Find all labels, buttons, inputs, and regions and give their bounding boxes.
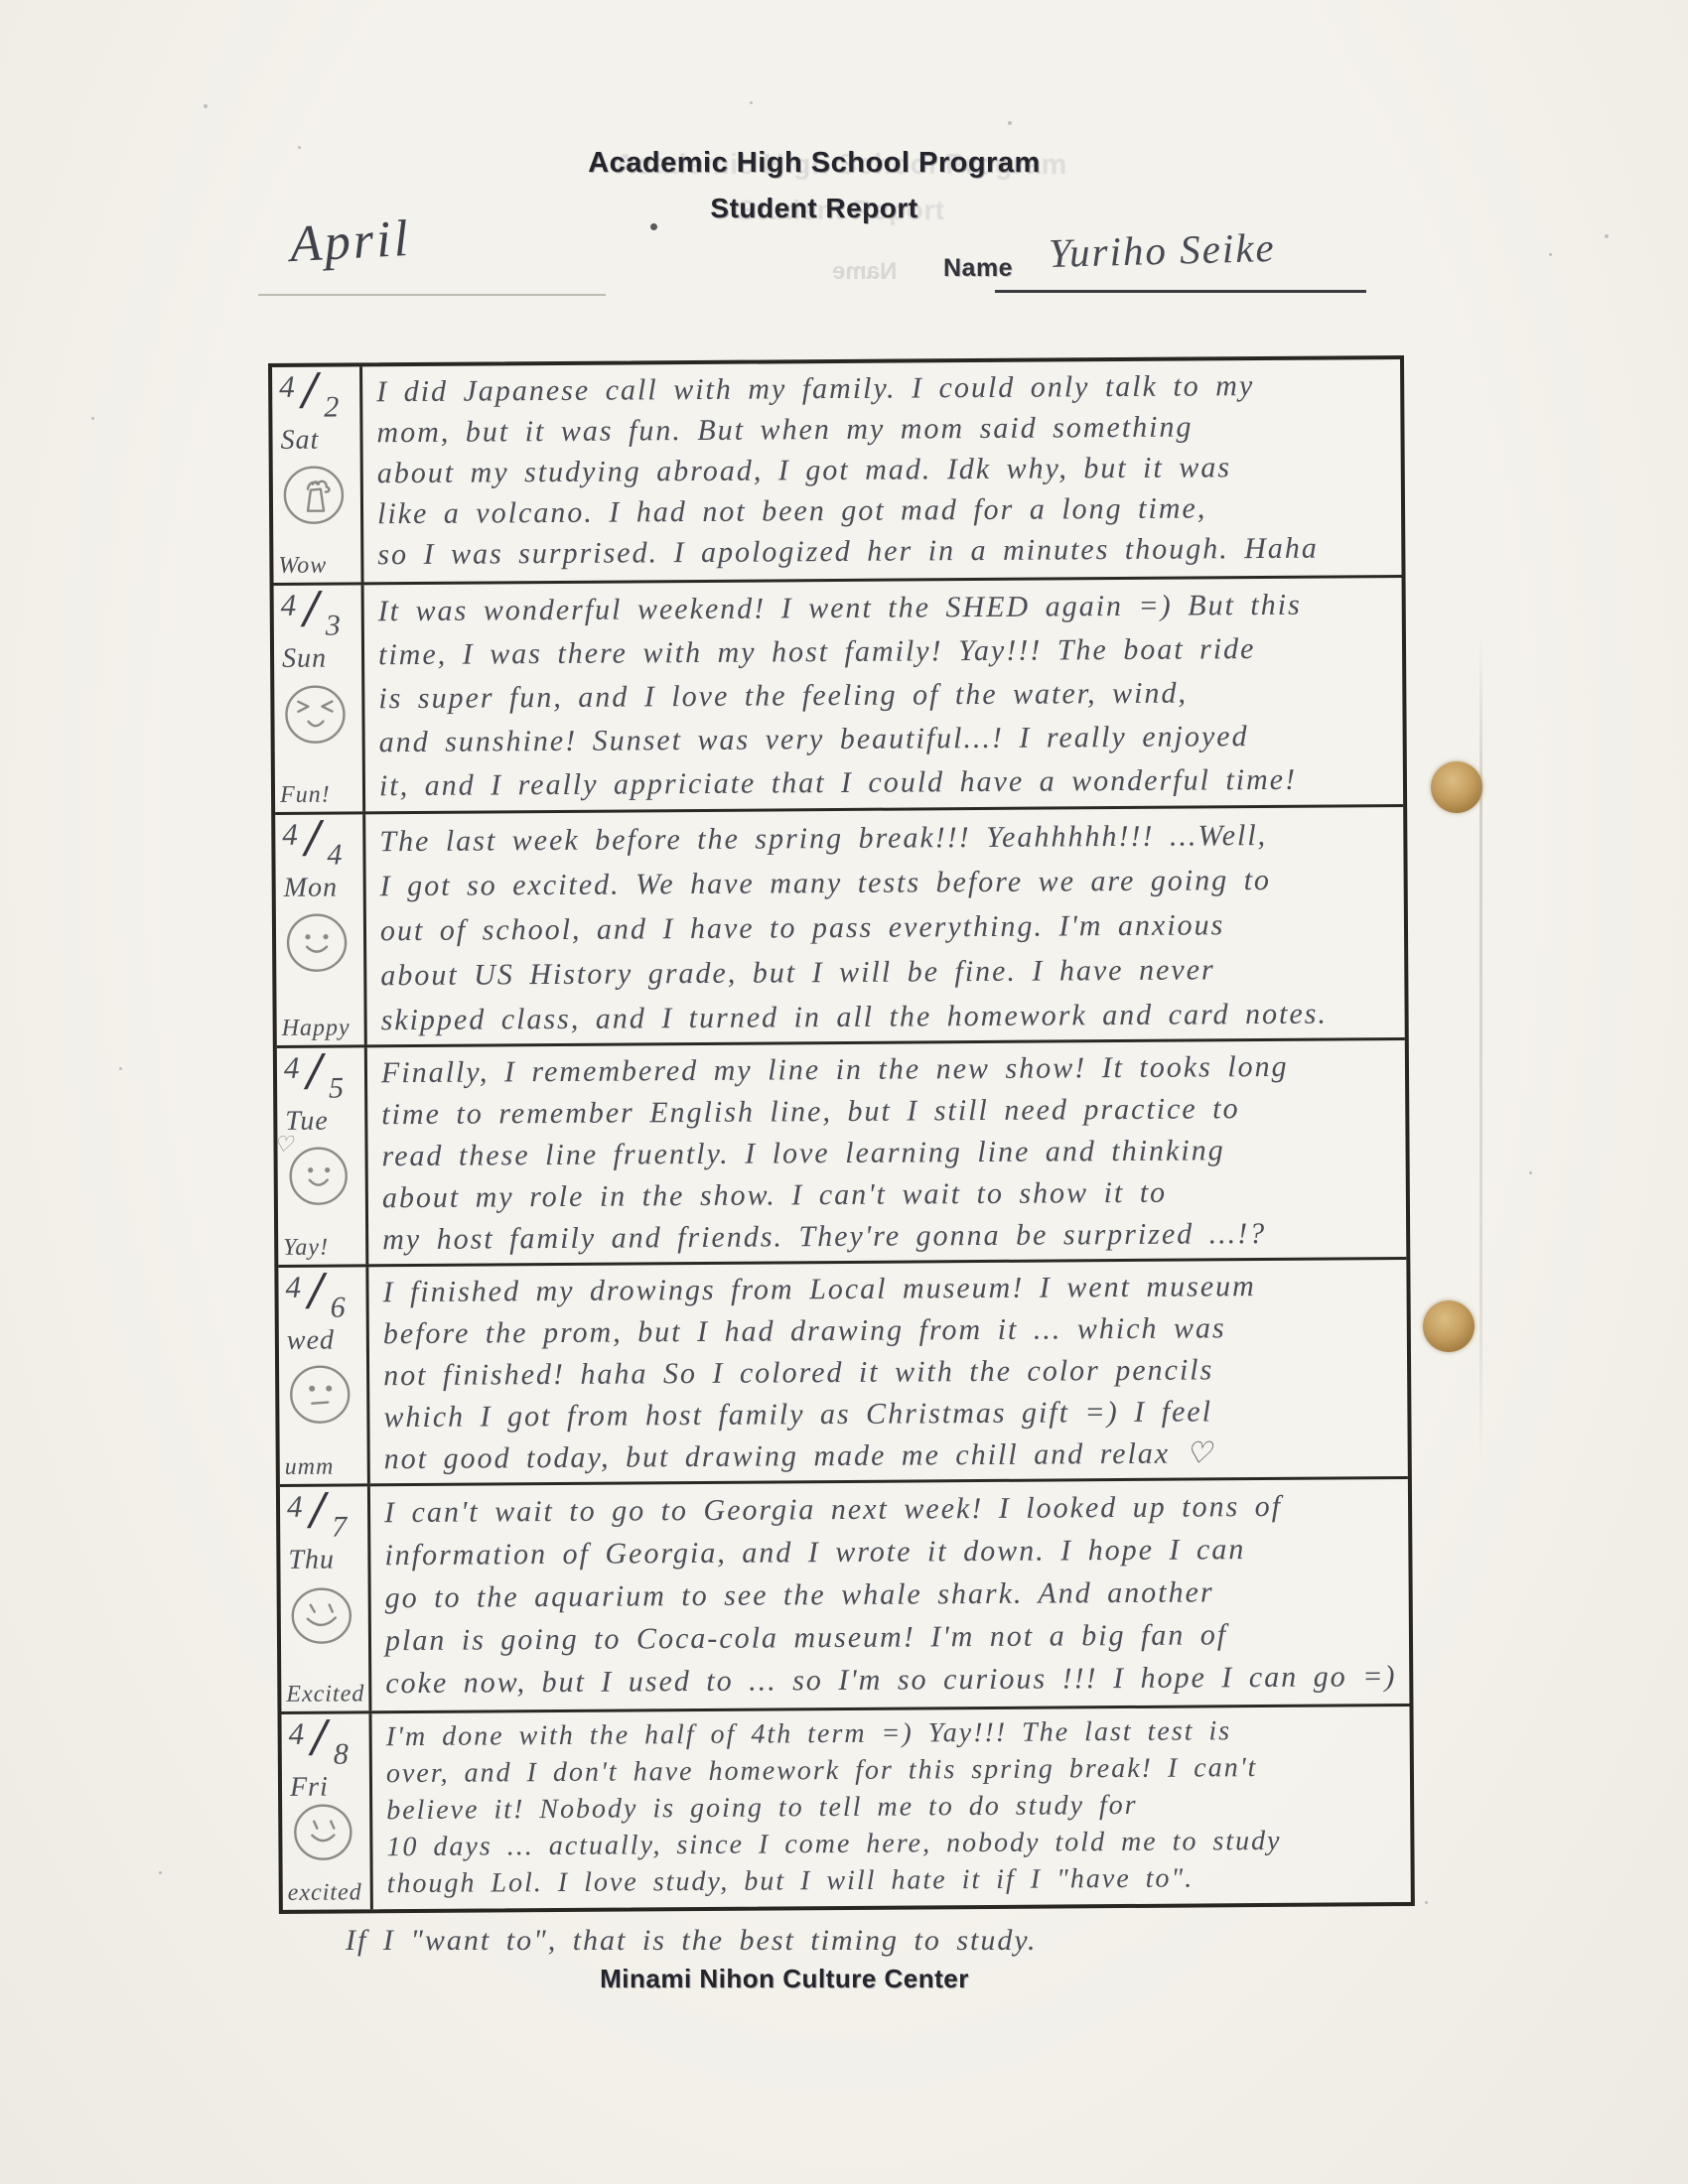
mood-label: Excited bbox=[286, 1681, 364, 1708]
entry-text: The last week before the spring break!!!… bbox=[379, 812, 1397, 1042]
date-day-number: 3 bbox=[326, 609, 341, 642]
scan-speck bbox=[650, 223, 657, 230]
date-month: 4 bbox=[284, 1050, 300, 1086]
mood-label: Fun! bbox=[280, 782, 331, 809]
day-of-week: Mon bbox=[284, 873, 339, 904]
date-day-number: 6 bbox=[331, 1291, 346, 1324]
date-month: 4 bbox=[281, 588, 297, 623]
scan-speck bbox=[1529, 1171, 1532, 1174]
date-month: 4 bbox=[282, 817, 298, 853]
paper-crease bbox=[1479, 635, 1482, 1469]
entry-text-cell: I did Japanese call with my family. I co… bbox=[362, 359, 1401, 582]
date-day-number: 2 bbox=[324, 391, 339, 425]
mood-label: umm bbox=[285, 1454, 335, 1481]
date-day-number: 4 bbox=[327, 838, 342, 872]
scan-speck bbox=[1605, 234, 1609, 238]
diary-row-4-7: 4 / 7 Thu Excited I can't wait to go to … bbox=[280, 1476, 1410, 1711]
date-day-number: 7 bbox=[332, 1510, 347, 1544]
smiley-face-icon bbox=[282, 1139, 354, 1211]
date-slash: / bbox=[307, 1040, 322, 1102]
name-label: Name bbox=[943, 254, 1013, 283]
diary-row-4-8: 4 / 8 Fri excited I'm done with the half… bbox=[281, 1704, 1410, 1910]
date-cell: 4 / 7 Thu Excited bbox=[280, 1486, 372, 1711]
scan-speck bbox=[204, 104, 208, 108]
scan-speck bbox=[159, 1871, 162, 1874]
bleed-through-name-label: Name bbox=[832, 258, 897, 286]
name-underline bbox=[995, 290, 1366, 293]
diary-row-4-2: 4 / 2 Sat Wow I did Japanese call with m… bbox=[272, 359, 1401, 583]
diary-row-4-3: 4 / 3 Sun Fun! It was wonderful weekend!… bbox=[274, 575, 1404, 812]
day-of-week: Thu bbox=[288, 1545, 335, 1576]
mood-label: Happy bbox=[282, 1015, 351, 1041]
date-cell: 4 / 5 Tue ♡ Yay! bbox=[277, 1047, 369, 1265]
punch-hole bbox=[1423, 1300, 1475, 1352]
date-cell: 4 / 4 Mon Happy bbox=[275, 814, 367, 1045]
report-title-line2: Student Report bbox=[0, 193, 1628, 224]
date-month: 4 bbox=[289, 1716, 305, 1752]
month-underline bbox=[258, 294, 606, 296]
date-cell: 4 / 2 Sat Wow bbox=[272, 366, 364, 583]
diary-row-4-5: 4 / 5 Tue ♡ Yay! Finally, I remembered m… bbox=[277, 1037, 1407, 1265]
date-day-number: 5 bbox=[329, 1071, 344, 1105]
entry-text: I can't wait to go to Georgia next week!… bbox=[384, 1484, 1401, 1705]
scanned-paper: Academic High School Program Student Rep… bbox=[0, 0, 1688, 2184]
report-title-line1: Academic High School Program bbox=[0, 147, 1628, 180]
entry-text: I'm done with the half of 4th term =) Ya… bbox=[386, 1711, 1403, 1902]
entry-text-cell: Finally, I remembered my line in the new… bbox=[367, 1040, 1406, 1264]
date-cell: 4 / 3 Sun Fun! bbox=[274, 585, 366, 812]
handwritten-month: April bbox=[289, 209, 413, 274]
diary-row-4-4: 4 / 4 Mon Happy The last week before the… bbox=[275, 804, 1405, 1045]
laughing-face-icon bbox=[279, 676, 352, 749]
scan-speck bbox=[1425, 1901, 1428, 1904]
diary-row-4-6: 4 / 6 wed umm I finished my drowings fro… bbox=[278, 1257, 1408, 1484]
mood-label: Yay! bbox=[283, 1235, 329, 1262]
date-slash: / bbox=[311, 1706, 326, 1768]
mood-label: Wow bbox=[278, 553, 327, 580]
day-of-week: wed bbox=[287, 1325, 335, 1357]
punch-hole bbox=[1431, 761, 1482, 813]
day-of-week: Sun bbox=[282, 643, 327, 675]
entry-text-cell: I finished my drowings from Local museum… bbox=[368, 1260, 1407, 1483]
day-of-week: Sat bbox=[280, 425, 319, 457]
handwritten-student-name: Yuriho Seike bbox=[1048, 223, 1276, 277]
scan-speck bbox=[298, 146, 301, 149]
date-cell: 4 / 8 Fri excited bbox=[282, 1713, 373, 1910]
entry-text-cell: I'm done with the half of 4th term =) Ya… bbox=[371, 1706, 1410, 1909]
entry-text-cell: The last week before the spring break!!!… bbox=[365, 807, 1405, 1044]
date-month: 4 bbox=[287, 1489, 303, 1525]
scan-speck bbox=[1008, 121, 1012, 125]
entry-text: I did Japanese call with my family. I co… bbox=[376, 364, 1393, 575]
smiley-face-icon bbox=[281, 905, 353, 978]
scan-speck bbox=[119, 1067, 122, 1070]
date-month: 4 bbox=[279, 369, 295, 405]
scan-speck bbox=[91, 417, 94, 420]
date-month: 4 bbox=[285, 1270, 301, 1305]
neutral-face-icon bbox=[284, 1358, 356, 1431]
date-slash: / bbox=[305, 807, 320, 869]
excited-face-icon bbox=[287, 1795, 359, 1867]
date-slash: / bbox=[310, 1479, 325, 1541]
excited-face-icon bbox=[286, 1577, 358, 1650]
entry-text: It was wonderful weekend! I went the SHE… bbox=[378, 583, 1396, 808]
date-slash: / bbox=[308, 1260, 323, 1321]
entry-text-cell: I can't wait to go to Georgia next week!… bbox=[370, 1479, 1410, 1710]
footer-org-name: Minami Nihon Culture Center bbox=[0, 1964, 1569, 1994]
date-cell: 4 / 6 wed umm bbox=[278, 1267, 370, 1484]
entry-text-cell: It was wonderful weekend! I went the SHE… bbox=[364, 578, 1404, 811]
date-slash: / bbox=[302, 359, 317, 421]
volcano-doodle-icon bbox=[278, 458, 351, 530]
scan-speck bbox=[1549, 253, 1552, 256]
entry-overflow-text: If I "want to", that is the best timing … bbox=[346, 1924, 1038, 1958]
mood-label: excited bbox=[288, 1879, 362, 1907]
date-slash: / bbox=[304, 578, 319, 639]
date-day-number: 8 bbox=[334, 1737, 349, 1771]
diary-table: 4 / 2 Sat Wow I did Japanese call with m… bbox=[268, 355, 1415, 1914]
scan-speck bbox=[750, 101, 753, 104]
entry-text: Finally, I remembered my line in the new… bbox=[381, 1045, 1398, 1261]
entry-text: I finished my drowings from Local museum… bbox=[382, 1265, 1399, 1480]
